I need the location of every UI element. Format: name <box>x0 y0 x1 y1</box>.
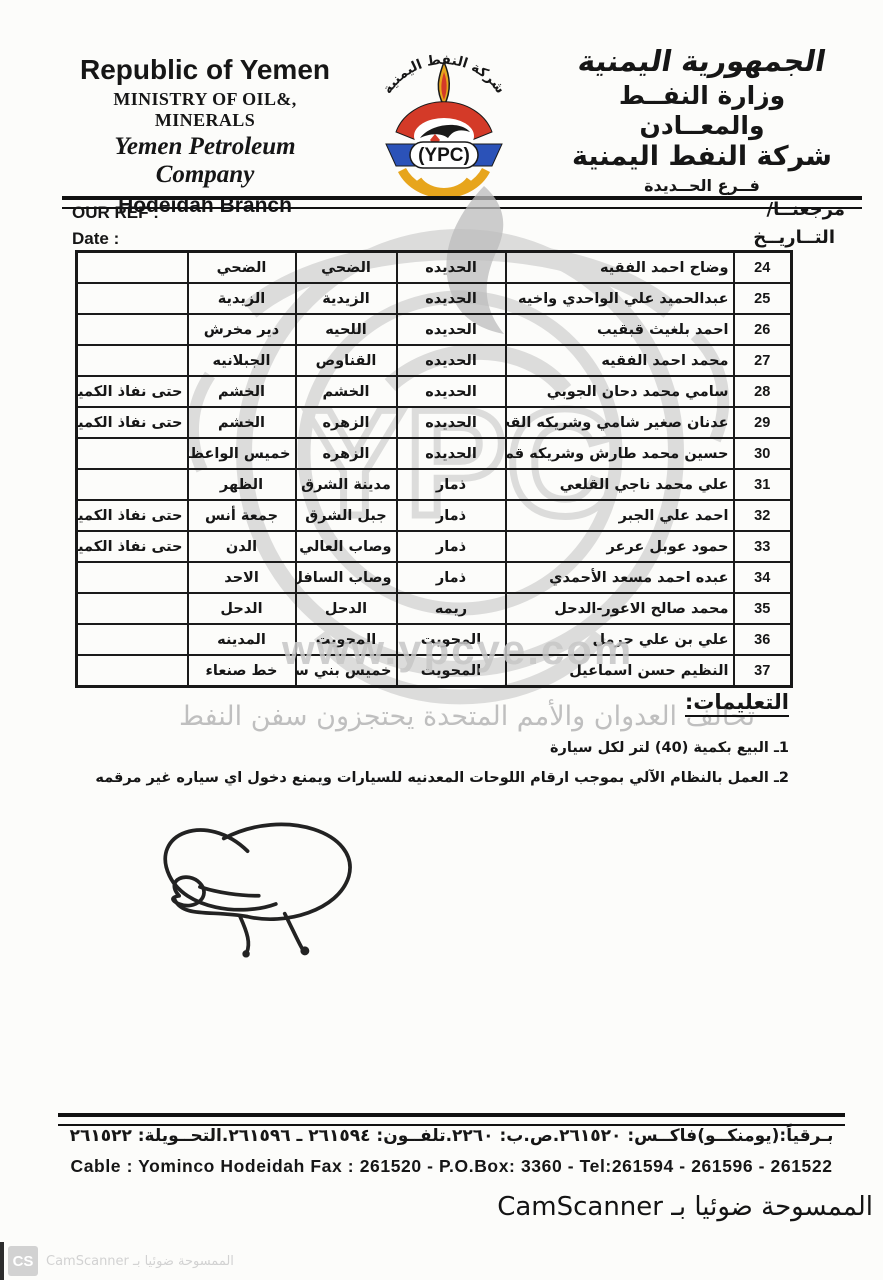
governorate: ريمه <box>397 593 506 624</box>
distribution-table: 24 وضاح احمد الفقيه الحديده الضحي الضحي … <box>75 250 793 688</box>
district: مدينة الشرق <box>296 469 397 500</box>
row-number: 30 <box>734 438 792 469</box>
governorate: الحديده <box>397 283 506 314</box>
row-number: 35 <box>734 593 792 624</box>
governorate: الحديده <box>397 314 506 345</box>
our-ref-label: OUR REF : <box>72 203 159 223</box>
country-name: Republic of Yemen <box>64 54 346 86</box>
table-row: 32 احمد علي الجبر ذمار جبل الشرق جمعة أن… <box>77 500 792 531</box>
note: حتى نفاذ الكميه <box>77 407 188 438</box>
station-name: عبده احمد مسعد الأحمدي <box>506 562 734 593</box>
row-number: 31 <box>734 469 792 500</box>
district: جبل الشرق <box>296 500 397 531</box>
company-name-ar: شركة النفط اليمنية <box>557 141 847 173</box>
station-name: النظيم حسن اسماعيل <box>506 655 734 687</box>
letterhead-arabic: الجمهورية اليمنية وزارة النفــط والمعــا… <box>557 44 847 195</box>
area: الخشم <box>188 407 296 438</box>
scanned-document: Republic of Yemen MINISTRY OF OIL&, MINE… <box>0 0 883 1280</box>
station-name: سامي محمد دحان الجوبي <box>506 376 734 407</box>
note: حتى نفاذ الكميه <box>77 500 188 531</box>
logo-gold-arc-inner <box>418 180 470 192</box>
station-name: علي بن علي حرمل <box>506 624 734 655</box>
note: حتى نفاذ الكميه <box>77 376 188 407</box>
table-row: 37 النظيم حسن اسماعيل المحويت خميس بني س… <box>77 655 792 687</box>
governorate: الحديده <box>397 252 506 284</box>
district: وصاب العالي <box>296 531 397 562</box>
table-row: 26 احمد بلغيث قبقيب الحديده اللحيه دير م… <box>77 314 792 345</box>
our-ref-label-ar: مرجعنــا/ <box>767 199 845 220</box>
header-divider <box>62 196 862 209</box>
area: دير مخرش <box>188 314 296 345</box>
row-number: 25 <box>734 283 792 314</box>
station-name: علي محمد ناجي القلعي <box>506 469 734 500</box>
governorate: ذمار <box>397 531 506 562</box>
note <box>77 314 188 345</box>
instructions-heading: التعليمات: <box>685 690 789 717</box>
table-row: 31 علي محمد ناجي القلعي ذمار مدينة الشرق… <box>77 469 792 500</box>
station-name: احمد علي الجبر <box>506 500 734 531</box>
area: الدن <box>188 531 296 562</box>
station-name: احمد بلغيث قبقيب <box>506 314 734 345</box>
footer-divider <box>58 1113 845 1126</box>
district: خميس بني سعد <box>296 655 397 687</box>
camscanner-caption: الممسوحة ضوئيا بـ CamScanner <box>497 1192 873 1222</box>
area: الدحل <box>188 593 296 624</box>
governorate: الحديده <box>397 345 506 376</box>
table-row: 36 علي بن علي حرمل المحويت المحويت المدي… <box>77 624 792 655</box>
row-number: 33 <box>734 531 792 562</box>
governorate: ذمار <box>397 500 506 531</box>
note <box>77 283 188 314</box>
date-label: Date : <box>72 229 119 249</box>
note <box>77 469 188 500</box>
slogan-watermark: تحالف العدوان والأمم المتحدة يحتجزون سفن… <box>140 701 755 732</box>
table-row: 33 حمود عوبل عرعر ذمار وصاب العالي الدن … <box>77 531 792 562</box>
letterhead-english: Republic of Yemen MINISTRY OF OIL&, MINE… <box>64 54 346 218</box>
area: الضحي <box>188 252 296 284</box>
district: الدحل <box>296 593 397 624</box>
table-row: 34 عبده احمد مسعد الأحمدي ذمار وصاب السا… <box>77 562 792 593</box>
district: القناوص <box>296 345 397 376</box>
note <box>77 562 188 593</box>
row-number: 27 <box>734 345 792 376</box>
footer-contact-ar: بـرقياً:(يومنكــو)فاكــس: ٢٦١٥٢٠.ص.ب: ٢٢… <box>58 1126 845 1146</box>
camscanner-footer: CS الممسوحة ضوئيا بـ CamScanner <box>8 1246 234 1276</box>
row-number: 37 <box>734 655 792 687</box>
row-number: 34 <box>734 562 792 593</box>
row-number: 28 <box>734 376 792 407</box>
instruction-item-2: 2ـ العمل بالنظام الآلي بموجب ارقام اللوح… <box>95 770 789 786</box>
area: الزيدية <box>188 283 296 314</box>
area: الخشم <box>188 376 296 407</box>
area: المدينه <box>188 624 296 655</box>
note <box>77 655 188 687</box>
row-number: 32 <box>734 500 792 531</box>
governorate: الحديده <box>397 407 506 438</box>
row-number: 26 <box>734 314 792 345</box>
note <box>77 593 188 624</box>
area: خميس الواعظات <box>188 438 296 469</box>
district: الضحي <box>296 252 397 284</box>
governorate: ذمار <box>397 562 506 593</box>
station-name: عبدالحميد علي الواحدي واخيه <box>506 283 734 314</box>
station-name: محمد صالح الاعور-الدحل <box>506 593 734 624</box>
governorate: الحديده <box>397 438 506 469</box>
note <box>77 438 188 469</box>
signature <box>135 805 375 965</box>
ypc-logo-icon: شركة النفط اليمنية (YPC) <box>368 48 520 206</box>
station-name: عدنان صغير شامي وشريكه القحوم <box>506 407 734 438</box>
country-name-ar: الجمهورية اليمنية <box>554 44 850 79</box>
row-number: 36 <box>734 624 792 655</box>
row-number: 24 <box>734 252 792 284</box>
row-number: 29 <box>734 407 792 438</box>
district: الزهره <box>296 407 397 438</box>
table-row: 24 وضاح احمد الفقيه الحديده الضحي الضحي <box>77 252 792 284</box>
ministry-name-ar: وزارة النفــط والمعــادن <box>557 81 847 141</box>
table-row: 35 محمد صالح الاعور-الدحل ريمه الدحل الد… <box>77 593 792 624</box>
district: الخشم <box>296 376 397 407</box>
table-row: 30 حسين محمد طارش وشريكه قملان الحديده ا… <box>77 438 792 469</box>
station-name: حسين محمد طارش وشريكه قملان <box>506 438 734 469</box>
company-name: Yemen Petroleum Company <box>64 133 346 191</box>
instruction-item-1: 1ـ البيع بكمية (40) لتر لكل سيارة <box>550 740 789 756</box>
branch-name-ar: فــرع الحــديدة <box>557 176 847 195</box>
logo-ypc-label: (YPC) <box>418 145 470 166</box>
ministry-name: MINISTRY OF OIL&, MINERALS <box>64 89 346 130</box>
area: الظهر <box>188 469 296 500</box>
district: وصاب السافل <box>296 562 397 593</box>
note <box>77 252 188 284</box>
governorate: الحديده <box>397 376 506 407</box>
district: المحويت <box>296 624 397 655</box>
table-row: 25 عبدالحميد علي الواحدي واخيه الحديده ا… <box>77 283 792 314</box>
note: حتى نفاذ الكميه <box>77 531 188 562</box>
table-row: 27 محمد احمد الفقيه الحديده القناوص الجب… <box>77 345 792 376</box>
note <box>77 624 188 655</box>
area: الجبلانيه <box>188 345 296 376</box>
area: جمعة أنس <box>188 500 296 531</box>
station-name: محمد احمد الفقيه <box>506 345 734 376</box>
table-rows: 24 وضاح احمد الفقيه الحديده الضحي الضحي … <box>77 252 792 687</box>
district: الزهره <box>296 438 397 469</box>
area: خط صنعاء <box>188 655 296 687</box>
note <box>77 345 188 376</box>
governorate: المحويت <box>397 624 506 655</box>
district: اللحيه <box>296 314 397 345</box>
district: الزيدية <box>296 283 397 314</box>
area: الاحد <box>188 562 296 593</box>
scan-edge-artifact <box>0 1242 4 1280</box>
governorate: المحويت <box>397 655 506 687</box>
camscanner-caption-small: الممسوحة ضوئيا بـ CamScanner <box>46 1254 234 1269</box>
camscanner-logo-icon: CS <box>8 1246 38 1276</box>
table-row: 29 عدنان صغير شامي وشريكه القحوم الحديده… <box>77 407 792 438</box>
station-name: وضاح احمد الفقيه <box>506 252 734 284</box>
governorate: ذمار <box>397 469 506 500</box>
footer-contact-en: Cable : Yominco Hodeidah Fax : 261520 - … <box>58 1156 845 1177</box>
date-label-ar: التــاريــخ <box>753 227 835 248</box>
table-row: 28 سامي محمد دحان الجوبي الحديده الخشم ا… <box>77 376 792 407</box>
station-name: حمود عوبل عرعر <box>506 531 734 562</box>
